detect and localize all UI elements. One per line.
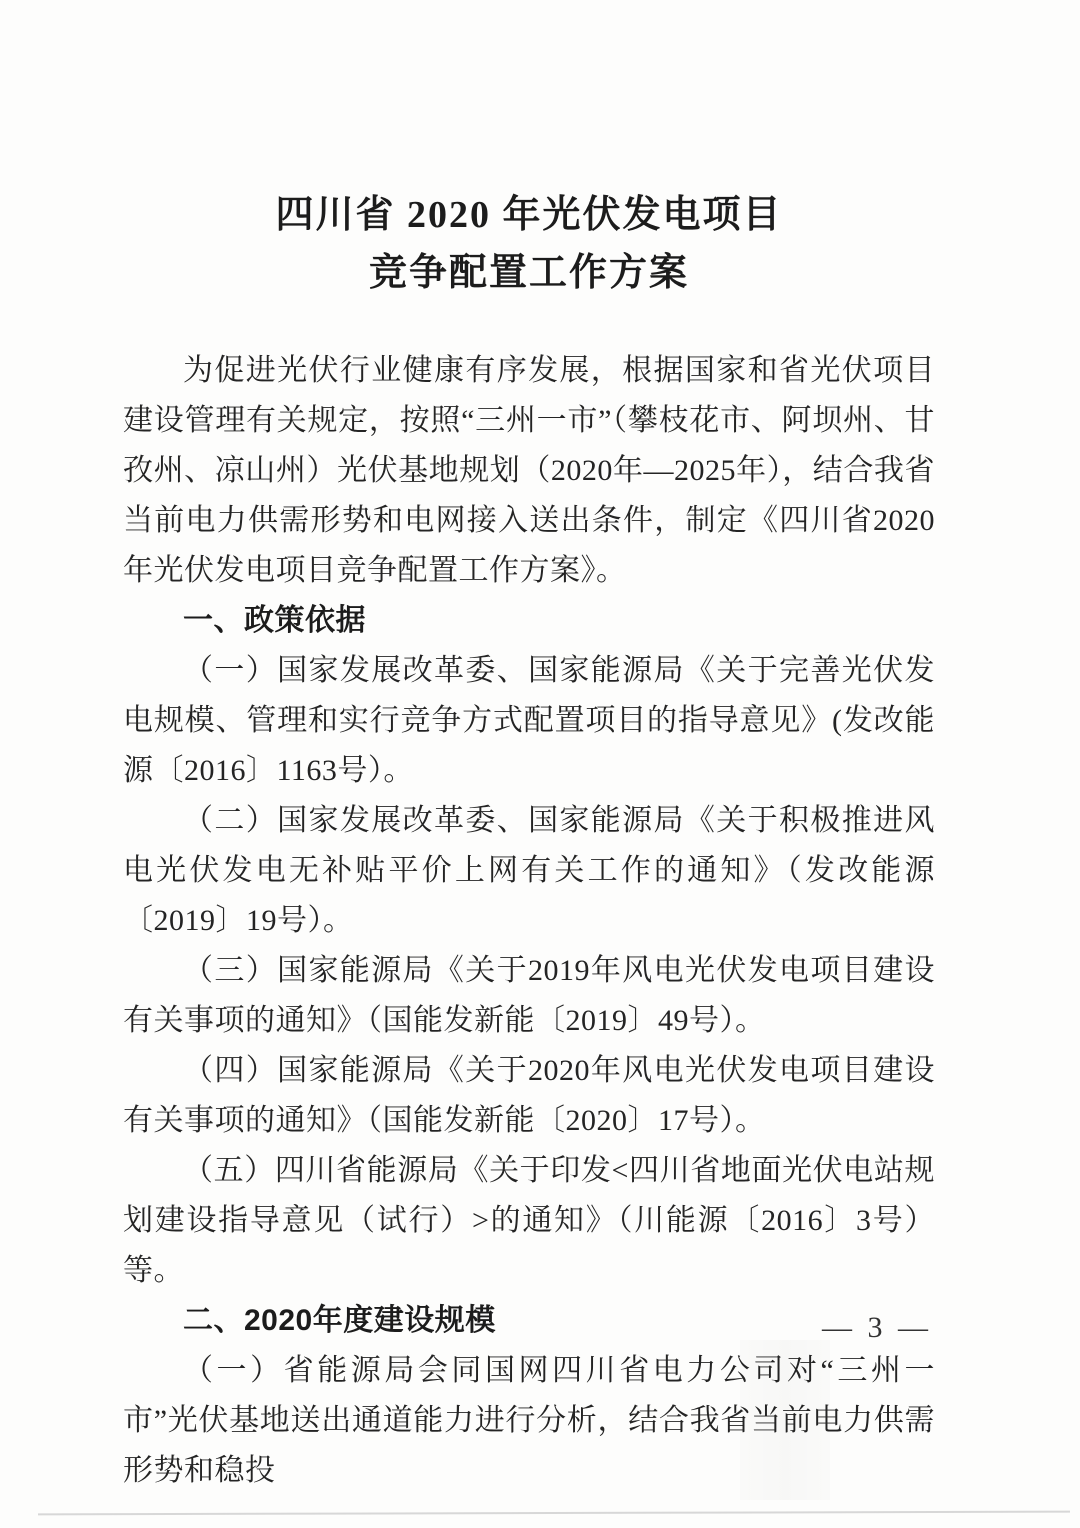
scan-artifact-bottom-edge: [38, 1511, 1070, 1516]
document-title-line-1: 四川省 2020 年光伏发电项目: [123, 186, 935, 244]
page-number: — 3 —: [822, 1308, 932, 1348]
paragraph-scale-item-1: （一）省能源局会同国网四川省电力公司对“三州一市”光伏基地送出通道能力进行分析，…: [123, 1346, 935, 1496]
document-page: 四川省 2020 年光伏发电项目 竞争配置工作方案 为促进光伏行业健康有序发展，…: [0, 0, 1080, 1528]
paragraph-policy-item-1: （一）国家发展改革委、国家能源局《关于完善光伏发电规模、管理和实行竞争方式配置项…: [123, 646, 935, 796]
document-body: 为促进光伏行业健康有序发展，根据国家和省光伏项目建设管理有关规定，按照“三州一市…: [123, 346, 935, 1496]
section-heading-2020-scale: 二、2020年度建设规模: [123, 1296, 935, 1346]
paragraph-policy-item-4: （四）国家能源局《关于2020年风电光伏发电项目建设有关事项的通知》（国能发新能…: [123, 1046, 935, 1146]
document-title-line-2: 竞争配置工作方案: [123, 244, 935, 302]
paragraph-intro: 为促进光伏行业健康有序发展，根据国家和省光伏项目建设管理有关规定，按照“三州一市…: [123, 346, 935, 596]
paragraph-policy-item-5: （五）四川省能源局《关于印发<四川省地面光伏电站规划建设指导意见（试行）>的通知…: [123, 1146, 935, 1296]
paragraph-policy-item-2: （二）国家发展改革委、国家能源局《关于积极推进风电光伏发电无补贴平价上网有关工作…: [123, 796, 935, 946]
paragraph-policy-item-3: （三）国家能源局《关于2019年风电光伏发电项目建设有关事项的通知》（国能发新能…: [123, 946, 935, 1046]
section-heading-policy-basis: 一、政策依据: [123, 596, 935, 646]
document-title: 四川省 2020 年光伏发电项目 竞争配置工作方案: [123, 186, 935, 302]
